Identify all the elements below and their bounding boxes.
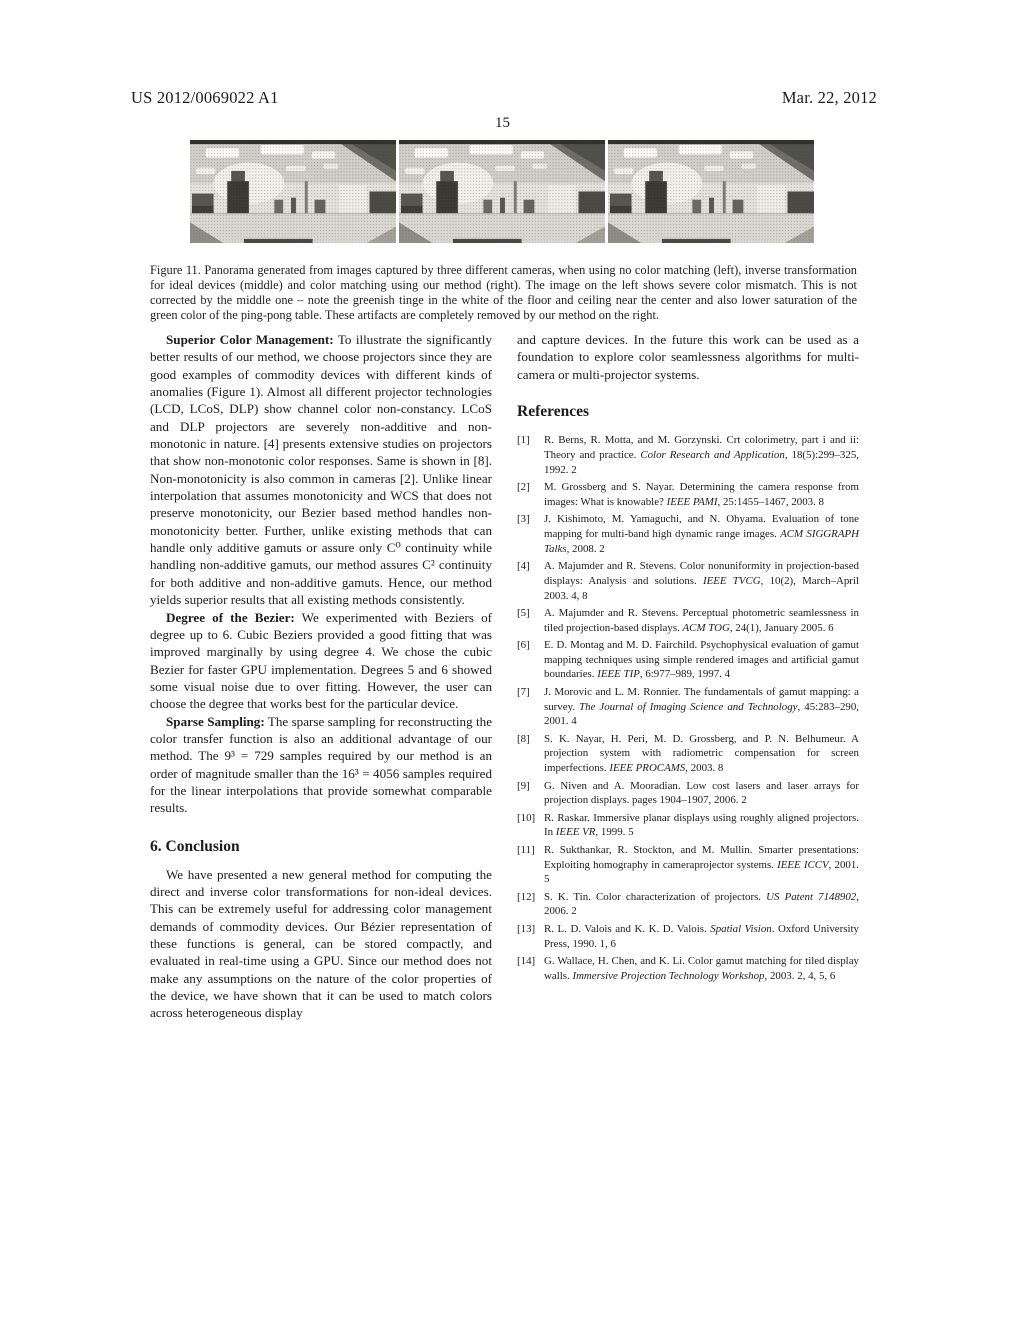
reference-text: A. Majumder and R. Stevens. Perceptual p…: [544, 606, 859, 636]
reference-number: [4]: [517, 559, 544, 603]
reference-item: [1]R. Berns, R. Motta, and M. Gorzynski.…: [517, 433, 859, 477]
reference-item: [14]G. Wallace, H. Chen, and K. Li. Colo…: [517, 954, 859, 984]
reference-number: [7]: [517, 685, 544, 729]
panorama-image-left: [190, 140, 396, 243]
right-column: and capture devices. In the future this …: [517, 331, 859, 1022]
reference-number: [11]: [517, 843, 544, 887]
publication-date: Mar. 22, 2012: [782, 88, 877, 108]
reference-item: [3]J. Kishimoto, M. Yamaguchi, and N. Oh…: [517, 512, 859, 556]
left-column: Superior Color Management: To illustrate…: [150, 331, 492, 1022]
figure-panorama: [190, 140, 814, 243]
paragraph-lead: Superior Color Management:: [166, 332, 334, 347]
reference-number: [12]: [517, 890, 544, 920]
reference-number: [6]: [517, 638, 544, 682]
reference-number: [1]: [517, 433, 544, 477]
reference-item: [13]R. L. D. Valois and K. K. D. Valois.…: [517, 922, 859, 952]
references-heading: References: [517, 403, 859, 421]
reference-text: M. Grossberg and S. Nayar. Determining t…: [544, 480, 859, 510]
continuation-paragraph: and capture devices. In the future this …: [517, 331, 859, 383]
reference-item: [4]A. Majumder and R. Stevens. Color non…: [517, 559, 859, 603]
body-paragraph: Degree of the Bezier: We experimented wi…: [150, 609, 492, 713]
paragraph-lead: Sparse Sampling:: [166, 714, 265, 729]
reference-item: [6]E. D. Montag and M. D. Fairchild. Psy…: [517, 638, 859, 682]
reference-text: G. Wallace, H. Chen, and K. Li. Color ga…: [544, 954, 859, 984]
reference-text: J. Kishimoto, M. Yamaguchi, and N. Ohyam…: [544, 512, 859, 556]
reference-item: [8]S. K. Nayar, H. Peri, M. D. Grossberg…: [517, 732, 859, 776]
paragraph-lead: Degree of the Bezier:: [166, 610, 295, 625]
reference-text: J. Morovic and L. M. Ronnier. The fundam…: [544, 685, 859, 729]
reference-list: [1]R. Berns, R. Motta, and M. Gorzynski.…: [517, 433, 859, 983]
reference-item: [9]G. Niven and A. Mooradian. Low cost l…: [517, 779, 859, 809]
reference-number: [13]: [517, 922, 544, 952]
reference-item: [11]R. Sukthankar, R. Stockton, and M. M…: [517, 843, 859, 887]
reference-item: [10]R. Raskar. Immersive planar displays…: [517, 811, 859, 841]
section-heading-conclusion: 6. Conclusion: [150, 838, 492, 856]
publication-number: US 2012/0069022 A1: [131, 88, 279, 108]
body-paragraph: Sparse Sampling: The sparse sampling for…: [150, 713, 492, 817]
panorama-image-middle: [399, 140, 605, 243]
reference-text: S. K. Tin. Color characterization of pro…: [544, 890, 859, 920]
reference-number: [3]: [517, 512, 544, 556]
reference-number: [5]: [517, 606, 544, 636]
reference-text: R. Sukthankar, R. Stockton, and M. Mulli…: [544, 843, 859, 887]
panorama-image-right: [608, 140, 814, 243]
figure-caption: Figure 11. Panorama generated from image…: [150, 263, 857, 323]
reference-item: [7]J. Morovic and L. M. Ronnier. The fun…: [517, 685, 859, 729]
reference-text: R. L. D. Valois and K. K. D. Valois. Spa…: [544, 922, 859, 952]
reference-item: [2]M. Grossberg and S. Nayar. Determinin…: [517, 480, 859, 510]
reference-item: [12]S. K. Tin. Color characterization of…: [517, 890, 859, 920]
reference-text: R. Berns, R. Motta, and M. Gorzynski. Cr…: [544, 433, 859, 477]
reference-text: R. Raskar. Immersive planar displays usi…: [544, 811, 859, 841]
conclusion-paragraph: We have presented a new general method f…: [150, 866, 492, 1022]
two-column-body: Superior Color Management: To illustrate…: [150, 331, 859, 1022]
reference-text: G. Niven and A. Mooradian. Low cost lase…: [544, 779, 859, 809]
reference-text: E. D. Montag and M. D. Fairchild. Psycho…: [544, 638, 859, 682]
reference-number: [9]: [517, 779, 544, 809]
reference-number: [2]: [517, 480, 544, 510]
reference-text: S. K. Nayar, H. Peri, M. D. Grossberg, a…: [544, 732, 859, 776]
reference-item: [5]A. Majumder and R. Stevens. Perceptua…: [517, 606, 859, 636]
page-number: 15: [0, 115, 1005, 132]
body-paragraph: Superior Color Management: To illustrate…: [150, 331, 492, 609]
reference-number: [14]: [517, 954, 544, 984]
reference-text: A. Majumder and R. Stevens. Color nonuni…: [544, 559, 859, 603]
reference-number: [8]: [517, 732, 544, 776]
left-column-paragraphs: Superior Color Management: To illustrate…: [150, 331, 492, 817]
reference-number: [10]: [517, 811, 544, 841]
